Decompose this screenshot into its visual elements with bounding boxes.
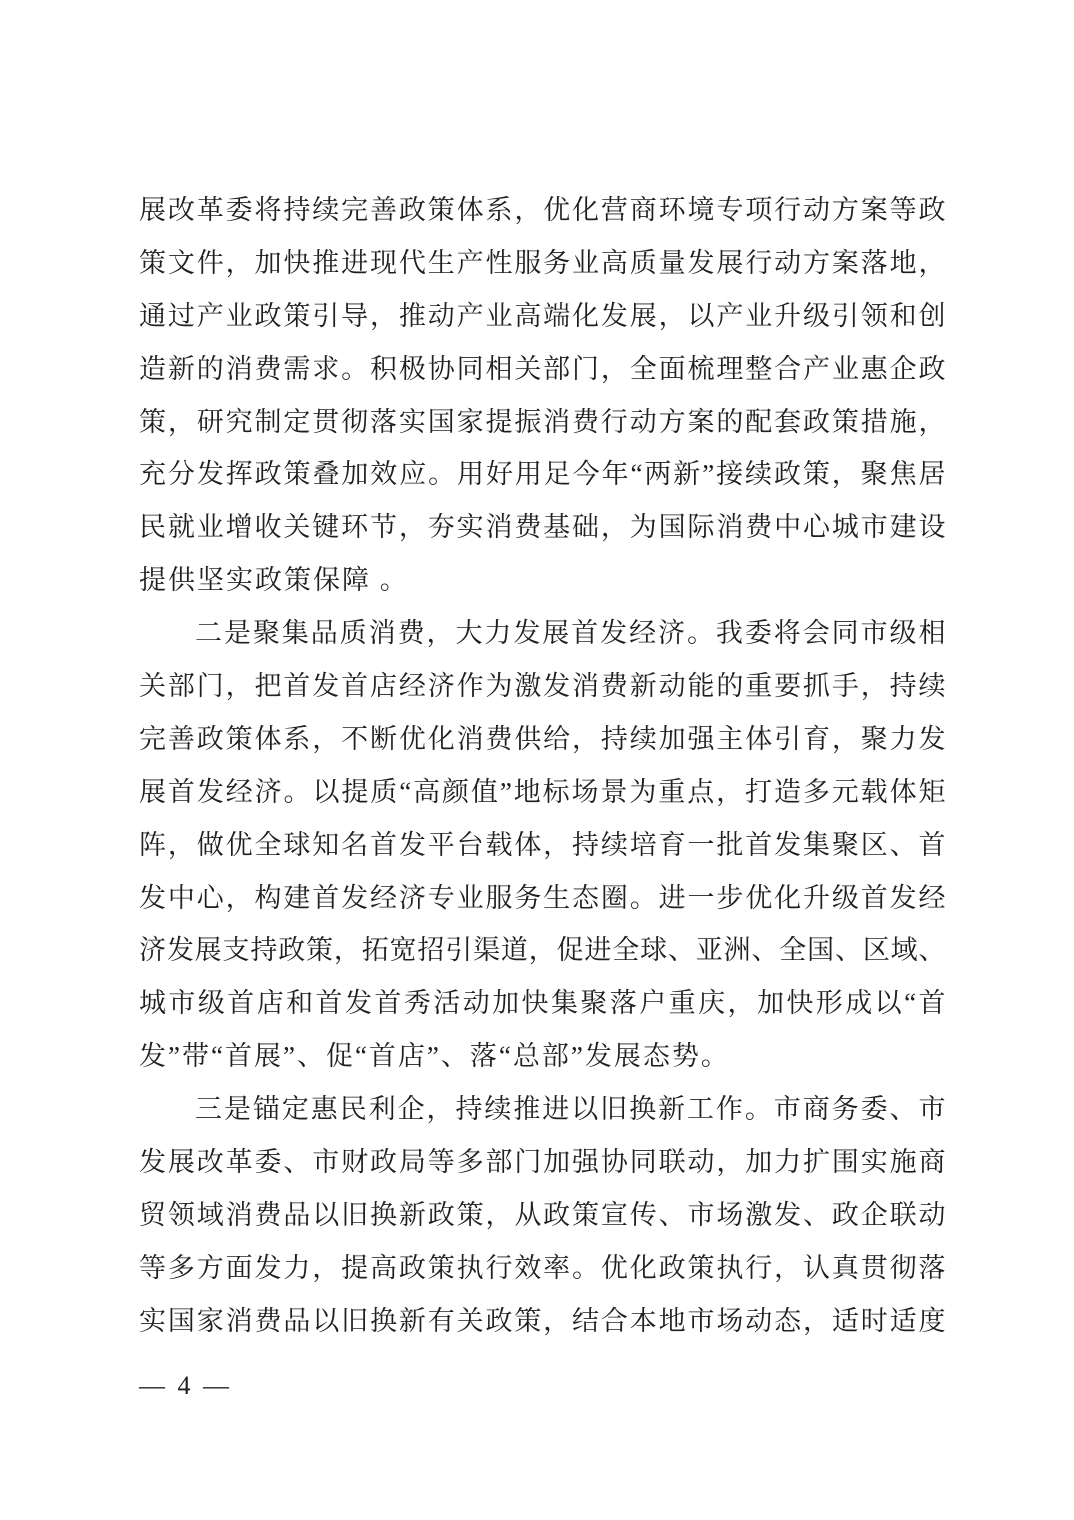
text-line: 民就业增收关键环节，夯实消费基础，为国际消费中心城市建设 [139, 501, 946, 554]
text-line: 展改革委将持续完善政策体系，优化营商环境专项行动方案等政 [139, 184, 946, 237]
text-line: 贸领域消费品以旧换新政策，从政策宣传、市场激发、政企联动 [139, 1189, 946, 1242]
text-line: 发”带“首展”、促“首店”、落“总部”发展态势。 [139, 1030, 946, 1083]
text-line: 三是锚定惠民利企，持续推进以旧换新工作。市商务委、市 [139, 1083, 946, 1136]
text-line: 充分发挥政策叠加效应。用好用足今年“两新”接续政策，聚焦居 [139, 448, 946, 501]
text-line: 策文件，加快推进现代生产性服务业高质量发展行动方案落地， [139, 237, 946, 290]
text-line: 城市级首店和首发首秀活动加快集聚落户重庆，加快形成以“首 [139, 977, 946, 1030]
text-line: 提供坚实政策保障 。 [139, 554, 946, 607]
text-line: 通过产业政策引导，推动产业高端化发展，以产业升级引领和创 [139, 290, 946, 343]
text-line: 关部门，把首发首店经济作为激发消费新动能的重要抓手，持续 [139, 660, 946, 713]
text-line: 等多方面发力，提高政策执行效率。优化政策执行，认真贯彻落 [139, 1242, 946, 1295]
text-line: 展首发经济。以提质“高颜值”地标场景为重点，打造多元载体矩 [139, 766, 946, 819]
text-line: 阵，做优全球知名首发平台载体，持续培育一批首发集聚区、首 [139, 819, 946, 872]
text-line: 完善政策体系，不断优化消费供给，持续加强主体引育，聚力发 [139, 713, 946, 766]
document-page: 展改革委将持续完善政策体系，优化营商环境专项行动方案等政策文件，加快推进现代生产… [0, 0, 1074, 1520]
text-line: 发展改革委、市财政局等多部门加强协同联动，加力扩围实施商 [139, 1136, 946, 1189]
text-line: 济发展支持政策，拓宽招引渠道，促进全球、亚洲、全国、区域、 [139, 924, 946, 977]
page-number: — 4 — [139, 1366, 232, 1406]
text-line: 造新的消费需求。积极协同相关部门，全面梳理整合产业惠企政 [139, 343, 946, 396]
text-line: 发中心，构建首发经济专业服务生态圈。进一步优化升级首发经 [139, 872, 946, 925]
text-line: 实国家消费品以旧换新有关政策，结合本地市场动态，适时适度 [139, 1295, 946, 1348]
text-line: 二是聚集品质消费，大力发展首发经济。我委将会同市级相 [139, 607, 946, 660]
text-line: 策，研究制定贯彻落实国家提振消费行动方案的配套政策措施， [139, 396, 946, 449]
document-text-block: 展改革委将持续完善政策体系，优化营商环境专项行动方案等政策文件，加快推进现代生产… [139, 184, 946, 1348]
